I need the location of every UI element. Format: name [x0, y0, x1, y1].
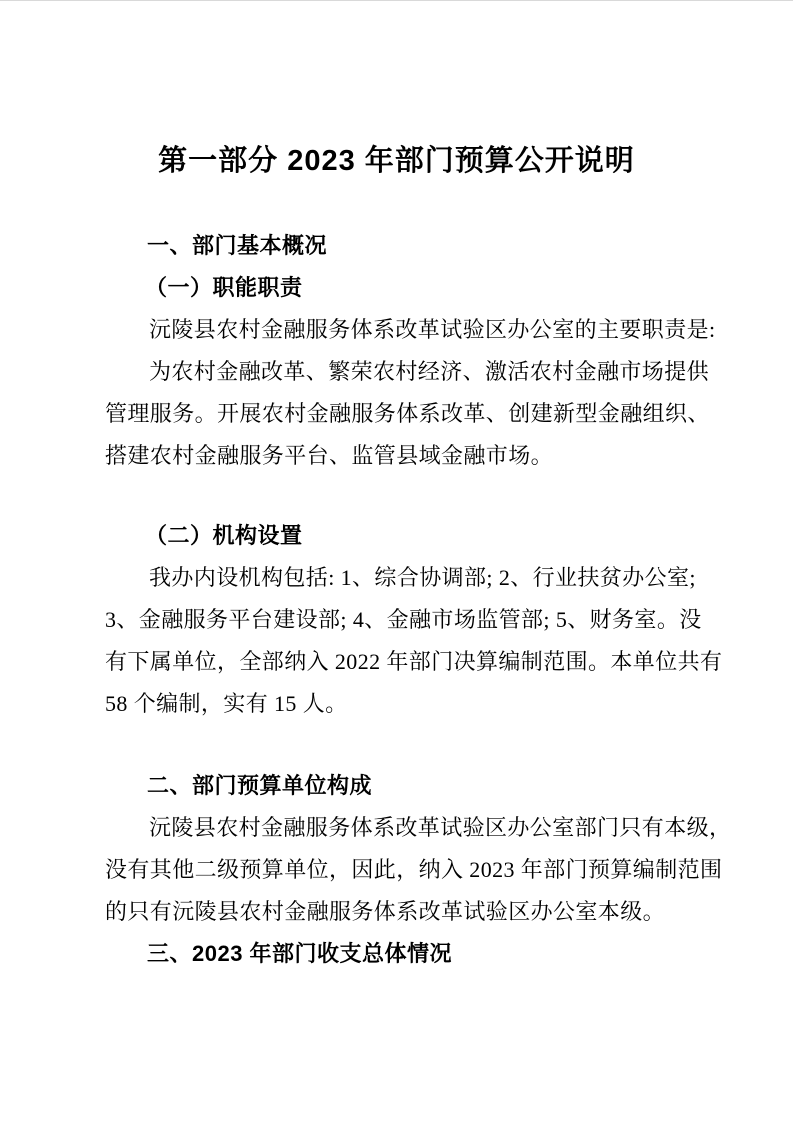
paragraph-line: 58 个编制，实有 15 人。 — [105, 683, 688, 725]
paragraph-line: 没有其他二级预算单位，因此，纳入 2023 年部门预算编制范围 — [105, 849, 688, 891]
paragraph-duties: 沅陵县农村金融服务体系改革试验区办公室的主要职责是: 为农村金融改革、繁荣农村经… — [105, 309, 688, 477]
paragraph-budget-units: 沅陵县农村金融服务体系改革试验区办公室部门只有本级， 没有其他二级预算单位，因此… — [105, 807, 688, 933]
subsection-heading-1-1: （一）职能职责 — [105, 267, 688, 309]
document-content: 第一部分 2023 年部门预算公开说明 一、部门基本概况 （一）职能职责 沅陵县… — [105, 140, 688, 975]
paragraph-line: 管理服务。开展农村金融服务体系改革、创建新型金融组织、 — [105, 393, 688, 435]
paragraph-line: 搭建农村金融服务平台、监管县域金融市场。 — [105, 435, 688, 477]
paragraph-org-structure: 我办内设机构包括: 1、综合协调部; 2、行业扶贫办公室; 3、金融服务平台建设… — [105, 557, 688, 725]
scan-artifact-line — [0, 0, 793, 1]
paragraph-line: 我办内设机构包括: 1、综合协调部; 2、行业扶贫办公室; — [105, 557, 688, 599]
section-heading-1: 一、部门基本概况 — [105, 225, 688, 267]
document-page: 第一部分 2023 年部门预算公开说明 一、部门基本概况 （一）职能职责 沅陵县… — [0, 0, 793, 1122]
section-heading-3: 三、2023 年部门收支总体情况 — [105, 933, 688, 975]
paragraph-line: 的只有沅陵县农村金融服务体系改革试验区办公室本级。 — [105, 891, 688, 933]
document-title: 第一部分 2023 年部门预算公开说明 — [105, 140, 688, 182]
paragraph-line: 3、金融服务平台建设部; 4、金融市场监管部; 5、财务室。没 — [105, 599, 688, 641]
section-heading-2: 二、部门预算单位构成 — [105, 765, 688, 807]
paragraph-line: 沅陵县农村金融服务体系改革试验区办公室的主要职责是: — [105, 309, 688, 351]
subsection-heading-1-2: （二）机构设置 — [105, 515, 688, 557]
paragraph-line: 为农村金融改革、繁荣农村经济、激活农村金融市场提供 — [105, 351, 688, 393]
paragraph-line: 沅陵县农村金融服务体系改革试验区办公室部门只有本级， — [105, 807, 688, 849]
paragraph-line: 有下属单位，全部纳入 2022 年部门决算编制范围。本单位共有 — [105, 641, 688, 683]
